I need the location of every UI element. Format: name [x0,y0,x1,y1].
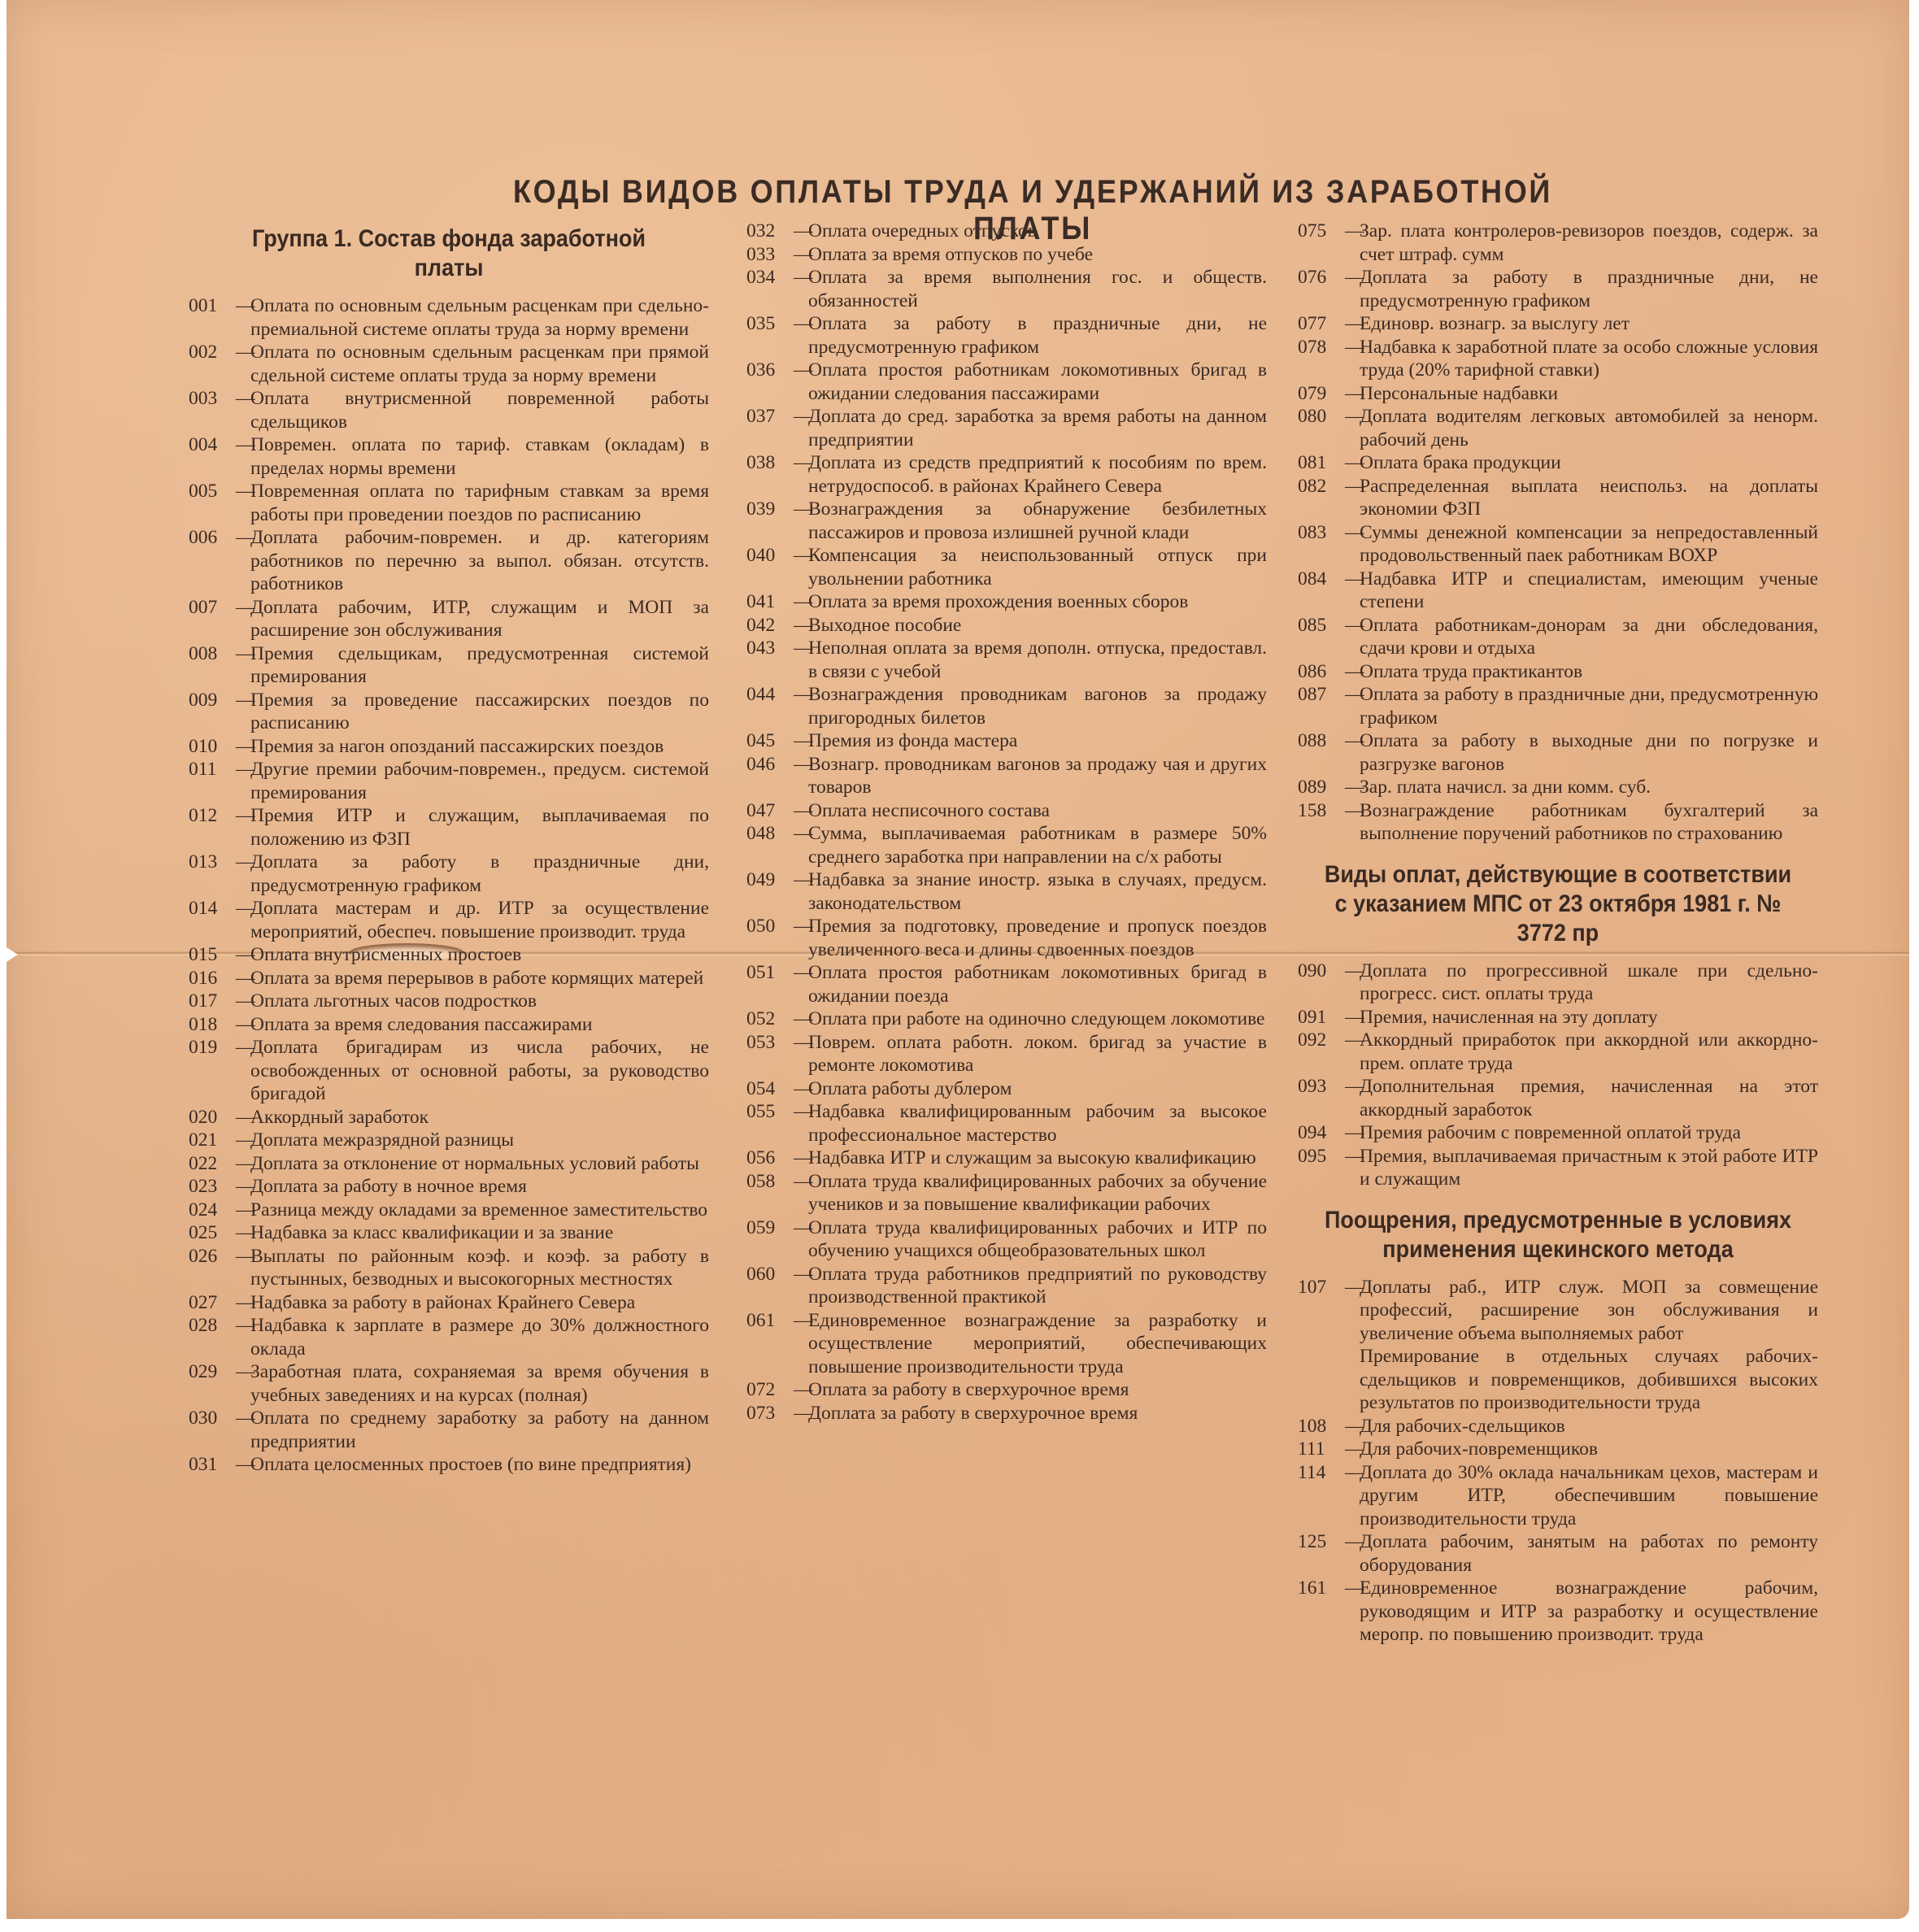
code-entry-022: 022—Доплата за отклонение от нормальных … [189,1152,709,1176]
code-entry-044: 044—Вознаграждения проводникам вагонов з… [746,683,1267,729]
entry-code: 005 [189,480,236,526]
code-entry-009: 009—Премия за проведение пассажирских по… [189,689,709,735]
shchekino-method-heading: Поощрения, предусмотренные в условиях пр… [1324,1206,1792,1264]
code-entry-089: 089—Зар. плата начисл. за дни комм. суб. [1298,776,1818,799]
code-entry-032: 032—Оплата очередных отпусков [746,220,1267,243]
entry-code: 025 [189,1221,236,1245]
code-entry-084: 084—Надбавка ИТР и специалистам, имеющим… [1298,568,1818,614]
entry-code: 078 [1298,336,1345,382]
entry-description: Премия за проведение пассажирских поездо… [250,689,709,735]
entry-description: Оплата за время следования пассажирами [250,1013,709,1037]
entry-code: 055 [746,1100,794,1147]
entry-description: Выплаты по районным коэф. и коэф. за раб… [250,1245,709,1291]
entry-code: 088 [1298,729,1345,776]
entry-dash: — [794,266,808,312]
entry-description: Аккордный заработок [250,1106,709,1129]
code-entry-050: 050—Премия за подготовку, проведение и п… [746,915,1267,961]
entry-code: 021 [189,1129,236,1152]
entry-dash: — [794,220,808,243]
code-entry-013: 013—Доплата за работу в праздничные дни,… [189,851,709,897]
code-entry-088: 088—Оплата за работу в выходные дни по п… [1298,729,1818,776]
entry-dash: — [1345,266,1360,312]
entry-dash: — [236,851,250,897]
entry-description: Доплата за работу в ночное время [250,1175,709,1199]
entry-description: Оплата по основным сдельным расценкам пр… [250,341,709,387]
entry-code: 051 [746,961,794,1007]
code-entry-025: 025—Надбавка за класс квалификации и за … [189,1221,709,1245]
entry-code: 161 [1298,1577,1345,1647]
entry-code: 089 [1298,776,1345,799]
entry-code: 107 [1298,1276,1345,1346]
entry-code: 047 [746,799,794,823]
code-entry-001: 001—Оплата по основным сдельным расценка… [189,294,709,341]
entry-description: Неполная оплата за время дополн. отпуска… [808,637,1267,683]
entry-dash: — [1345,451,1360,475]
code-entry-048: 048—Сумма, выплачиваемая работникам в ра… [746,822,1267,868]
code-entry-082: 082—Распределенная выплата неиспольз. на… [1298,475,1818,521]
entry-dash: — [236,1199,250,1222]
entry-dash: — [794,451,808,498]
entry-dash: — [794,799,808,823]
entry-description: Оплата труда квалифицированных рабочих и… [808,1216,1267,1263]
code-entry-054: 054—Оплата работы дублером [746,1077,1267,1101]
code-entry-111: 111—Для рабочих-повременщиков [1298,1438,1818,1461]
entry-description: Оплата за время прохождения военных сбор… [808,590,1267,614]
code-entry-005: 005—Повременная оплата по тарифным ставк… [189,480,709,526]
entry-code: 042 [746,614,794,637]
code-entry-087: 087—Оплата за работу в праздничные дни, … [1298,683,1818,729]
entry-dash: — [236,341,250,387]
code-entry-038: 038—Доплата из средств предприятий к пос… [746,451,1267,498]
code-entry-037: 037—Доплата до сред. заработка за время … [746,405,1267,451]
entry-dash: — [1345,568,1360,614]
code-entry-051: 051—Оплата простоя работникам локомотивн… [746,961,1267,1007]
entry-dash: — [1345,1438,1360,1461]
entry-dash: — [794,683,808,729]
code-entry-053: 053—Поврем. оплата работн. локом. бригад… [746,1031,1267,1077]
entry-description: Оплата внутрисменных простоев [250,943,709,967]
entry-code: 039 [746,498,794,544]
entry-dash: — [794,1170,808,1216]
entry-code: 054 [746,1077,794,1101]
entry-code: 053 [746,1031,794,1077]
code-entry-040: 040—Компенсация за неиспользованный отпу… [746,544,1267,590]
column-3: 075—Зар. плата контролеров-ревизоров пое… [1298,220,1818,1647]
entry-code: 158 [1298,799,1345,846]
entry-dash: — [794,1147,808,1170]
entry-dash: — [794,637,808,683]
entry-description: Премия, начисленная на эту доплату [1360,1006,1818,1029]
entry-dash: — [794,1077,808,1101]
entry-dash: — [1345,1276,1360,1346]
code-entry-078: 078—Надбавка к заработной плате за особо… [1298,336,1818,382]
code-entry-034: 034—Оплата за время выполнения гос. и об… [746,266,1267,312]
code-entry-014: 014—Доплата мастерам и др. ИТР за осущес… [189,897,709,943]
entry-code: 075 [1298,220,1345,266]
entry-description: Повременная оплата по тарифным ставкам з… [250,480,709,526]
entry-dash: — [236,433,250,480]
entry-code: 043 [746,637,794,683]
code-entry-076: 076—Доплата за работу в праздничные дни,… [1298,266,1818,312]
entry-description: Оплата за время отпусков по учебе [808,243,1267,267]
entry-description: Вознаграждения проводникам вагонов за пр… [808,683,1267,729]
entry-dash: — [794,590,808,614]
entry-description: Оплата брака продукции [1360,451,1818,475]
code-entry-059: 059—Оплата труда квалифицированных рабоч… [746,1216,1267,1263]
entry-dash: — [236,1036,250,1106]
entry-dash: — [794,544,808,590]
entry-description: Распределенная выплата неиспольз. на доп… [1360,475,1818,521]
entry-dash: — [236,1291,250,1315]
code-entry-043: 043—Неполная оплата за время дополн. отп… [746,637,1267,683]
code-entry-045: 045—Премия из фонда мастера [746,729,1267,753]
entry-code: 032 [746,220,794,243]
entry-code: 003 [189,387,236,433]
entry-code: 114 [1298,1461,1345,1531]
entry-code: 020 [189,1106,236,1129]
entry-description: Оплата труда практикантов [1360,660,1818,684]
entry-code: 059 [746,1216,794,1263]
entry-dash: — [1345,614,1360,660]
entry-dash: — [1345,729,1360,776]
entry-dash: — [1345,1577,1360,1647]
entry-description: Разница между окладами за временное заме… [250,1199,709,1222]
entry-dash: — [794,1309,808,1379]
entry-description: Надбавка за знание иностр. языка в случа… [808,868,1267,915]
code-entry-056: 056—Надбавка ИТР и служащим за высокую к… [746,1147,1267,1170]
code-entry-085: 085—Оплата работникам-донорам за дни обс… [1298,614,1818,660]
entry-code: 085 [1298,614,1345,660]
entry-description: Оплата простоя работникам локомотивных б… [808,961,1267,1007]
bonus-note: Премирование в отдельных случаях рабочих… [1298,1345,1818,1415]
entry-code: 060 [746,1263,794,1309]
entry-code: 086 [1298,660,1345,684]
code-entry-095: 095—Премия, выплачиваемая причастным к э… [1298,1145,1818,1191]
entry-dash: — [236,1360,250,1407]
entry-code: 061 [746,1309,794,1379]
code-entry-086: 086—Оплата труда практикантов [1298,660,1818,684]
entry-code: 077 [1298,312,1345,336]
entry-description: Зар. плата начисл. за дни комм. суб. [1360,776,1818,799]
entry-dash: — [236,758,250,804]
entry-code: 016 [189,967,236,990]
entry-description: Доплата бригадирам из числа рабочих, не … [250,1036,709,1106]
code-entry-072: 072—Оплата за работу в сверхурочное врем… [746,1378,1267,1402]
entry-dash: — [236,804,250,851]
entry-dash: — [794,1031,808,1077]
entry-code: 009 [189,689,236,735]
entry-description: Персональные надбавки [1360,382,1818,406]
entry-code: 027 [189,1291,236,1315]
entry-dash: — [236,990,250,1013]
entry-dash: — [1345,336,1360,382]
entry-list: 032—Оплата очередных отпусков033—Оплата … [746,220,1267,1425]
entry-code: 040 [746,544,794,590]
entry-dash: — [794,614,808,637]
entry-description: Оплата за работу в праздничные дни, пред… [1360,683,1818,729]
code-entry-125: 125—Доплата рабочим, занятым на работах … [1298,1530,1818,1577]
entry-dash: — [236,596,250,642]
entry-description: Доплата мастерам и др. ИТР за осуществле… [250,897,709,943]
code-entry-018: 018—Оплата за время следования пассажира… [189,1013,709,1037]
code-entry-114: 114—Доплата до 30% оклада начальникам це… [1298,1461,1818,1531]
document: КОДЫ ВИДОВ ОПЛАТЫ ТРУДА И УДЕРЖАНИЙ ИЗ З… [0,0,1919,1932]
entry-code: 036 [746,359,794,405]
entry-code: 052 [746,1007,794,1031]
entry-code: 083 [1298,521,1345,568]
code-entry-011: 011—Другие премии рабочим-повремен., пре… [189,758,709,804]
entry-description: Повремен. оплата по тариф. ставкам (окла… [250,433,709,480]
code-entry-036: 036—Оплата простоя работникам локомотивн… [746,359,1267,405]
code-entry-029: 029—Заработная плата, сохраняемая за вре… [189,1360,709,1407]
entry-description: Оплата при работе на одиночно следующем … [808,1007,1267,1031]
entry-description: Премия, выплачиваемая причастным к этой … [1360,1145,1818,1191]
code-entry-107: 107—Доплаты раб., ИТР служ. МОП за совме… [1298,1276,1818,1346]
entry-description: Зар. плата контролеров-ревизоров поездов… [1360,220,1818,266]
code-entry-091: 091—Премия, начисленная на эту доплату [1298,1006,1818,1029]
code-entry-079: 079—Персональные надбавки [1298,382,1818,406]
column-2: 032—Оплата очередных отпусков033—Оплата … [746,220,1267,1425]
entry-list: 107—Доплаты раб., ИТР служ. МОП за совме… [1298,1276,1818,1346]
code-entry-083: 083—Суммы денежной компенсации за непред… [1298,521,1818,568]
entry-code: 017 [189,990,236,1013]
entry-description: Оплата внутрисменной повременной работы … [250,387,709,433]
entry-description: Дополнительная премия, начисленная на эт… [1360,1075,1818,1121]
entry-dash: — [794,1216,808,1263]
entry-code: 001 [189,294,236,341]
code-entry-006: 006—Доплата рабочим-повремен. и др. кате… [189,526,709,596]
entry-code: 072 [746,1378,794,1402]
code-entry-031: 031—Оплата целосменных простоев (по вине… [189,1453,709,1477]
code-entry-060: 060—Оплата труда работников предприятий … [746,1263,1267,1309]
entry-description: Оплата несписочного состава [808,799,1267,823]
code-entry-007: 007—Доплата рабочим, ИТР, служащим и МОП… [189,596,709,642]
entry-code: 015 [189,943,236,967]
code-entry-046: 046—Вознагр. проводникам вагонов за прод… [746,753,1267,799]
entry-description: Оплата труда работников предприятий по р… [808,1263,1267,1309]
entry-code: 012 [189,804,236,851]
entry-description: Единовр. вознагр. за выслугу лет [1360,312,1818,336]
code-entry-008: 008—Премия сдельщикам, предусмотренная с… [189,642,709,689]
entry-dash: — [1345,1121,1360,1145]
code-entry-075: 075—Зар. плата контролеров-ревизоров пое… [1298,220,1818,266]
entry-code: 014 [189,897,236,943]
entry-code: 125 [1298,1530,1345,1577]
entry-dash: — [1345,1029,1360,1075]
code-entry-004: 004—Повремен. оплата по тариф. ставкам (… [189,433,709,480]
entry-dash: — [794,359,808,405]
entry-code: 081 [1298,451,1345,475]
entry-description: Доплата до 30% оклада начальникам цехов,… [1360,1461,1818,1531]
entry-dash: — [236,967,250,990]
entry-dash: — [236,387,250,433]
entry-description: Надбавка за работу в районах Крайнего Се… [250,1291,709,1315]
entry-description: Оплата за работу в выходные дни по погру… [1360,729,1818,776]
entry-dash: — [794,312,808,359]
entry-code: 035 [746,312,794,359]
entry-description: Оплата льготных часов подростков [250,990,709,1013]
code-entry-020: 020—Аккордный заработок [189,1106,709,1129]
code-entry-055: 055—Надбавка квалифицированным рабочим з… [746,1100,1267,1147]
entry-code: 011 [189,758,236,804]
entry-code: 087 [1298,683,1345,729]
entry-dash: — [236,1106,250,1129]
code-entry-108: 108—Для рабочих-сдельщиков [1298,1415,1818,1438]
entry-dash: — [236,689,250,735]
entry-code: 038 [746,451,794,498]
entry-description: Надбавка ИТР и специалистам, имеющим уче… [1360,568,1818,614]
code-entry-090: 090—Доплата по прогрессивной шкале при с… [1298,959,1818,1006]
entry-code: 048 [746,822,794,868]
entry-description: Оплата за работу в сверхурочное время [808,1378,1267,1402]
code-entry-019: 019—Доплата бригадирам из числа рабочих,… [189,1036,709,1106]
entry-code: 023 [189,1175,236,1199]
code-entry-033: 033—Оплата за время отпусков по учебе [746,243,1267,267]
entry-code: 076 [1298,266,1345,312]
entry-code: 041 [746,590,794,614]
entry-dash: — [236,1129,250,1152]
entry-code: 111 [1298,1438,1345,1461]
entry-description: Оплата труда квалифицированных рабочих з… [808,1170,1267,1216]
entry-code: 006 [189,526,236,596]
entry-code: 007 [189,596,236,642]
code-entry-026: 026—Выплаты по районным коэф. и коэф. за… [189,1245,709,1291]
entry-dash: — [236,526,250,596]
entry-code: 045 [746,729,794,753]
entry-description: Надбавка к зарплате в размере до 30% дол… [250,1314,709,1360]
entry-dash: — [236,294,250,341]
code-entry-015: 015—Оплата внутрисменных простоев [189,943,709,967]
entry-code: 056 [746,1147,794,1170]
entry-code: 013 [189,851,236,897]
entry-dash: — [794,868,808,915]
entry-description: Доплата межразрядной разницы [250,1129,709,1152]
entry-description: Аккордный приработок при аккордной или а… [1360,1029,1818,1075]
entry-description: Вознаграждения за обнаружение безбилетны… [808,498,1267,544]
code-entry-094: 094—Премия рабочим с повременной оплатой… [1298,1121,1818,1145]
entry-description: Для рабочих-повременщиков [1360,1438,1818,1461]
entry-code: 019 [189,1036,236,1106]
entry-code: 049 [746,868,794,915]
entry-code: 034 [746,266,794,312]
entry-dash: — [236,1245,250,1291]
code-entry-073: 073—Доплата за работу в сверхурочное вре… [746,1402,1267,1425]
entry-code: 046 [746,753,794,799]
entry-code: 050 [746,915,794,961]
entry-code: 008 [189,642,236,689]
entry-dash: — [1345,1075,1360,1121]
entry-description: Премия сдельщикам, предусмотренная систе… [250,642,709,689]
entry-dash: — [236,1175,250,1199]
entry-dash: — [794,1378,808,1402]
entry-code: 091 [1298,1006,1345,1029]
column-group-1: Группа 1. Состав фонда заработной платы … [189,220,709,1477]
entry-description: Надбавка за класс квалификации и за зван… [250,1221,709,1245]
entry-description: Оплата за время выполнения гос. и общест… [808,266,1267,312]
code-entry-003: 003—Оплата внутрисменной повременной раб… [189,387,709,433]
entry-dash: — [1345,1530,1360,1577]
code-entry-024: 024—Разница между окладами за временное … [189,1199,709,1222]
entry-dash: — [236,1314,250,1360]
entry-code: 022 [189,1152,236,1176]
entry-code: 094 [1298,1121,1345,1145]
entry-dash: — [794,961,808,1007]
entry-description: Доплата за работу в праздничные дни, пре… [250,851,709,897]
entry-dash: — [794,1263,808,1309]
entry-code: 058 [746,1170,794,1216]
code-entry-080: 080—Доплата водителям легковых автомобил… [1298,405,1818,451]
entry-dash: — [1345,405,1360,451]
entry-list: 090—Доплата по прогрессивной шкале при с… [1298,959,1818,1191]
entry-dash: — [1345,521,1360,568]
entry-dash: — [236,1453,250,1477]
entry-description: Доплаты раб., ИТР служ. МОП за совмещени… [1360,1276,1818,1346]
entry-list: 108—Для рабочих-сдельщиков111—Для рабочи… [1298,1415,1818,1647]
code-entry-161: 161—Единовременное вознаграждение рабочи… [1298,1577,1818,1647]
entry-dash: — [1345,220,1360,266]
entry-dash: — [236,1407,250,1453]
code-entry-027: 027—Надбавка за работу в районах Крайнег… [189,1291,709,1315]
entry-dash: — [794,915,808,961]
entry-code: 004 [189,433,236,480]
entry-description: Доплата за работу в праздничные дни, не … [1360,266,1818,312]
entry-dash: — [1345,683,1360,729]
entry-code: 028 [189,1314,236,1360]
entry-description: Надбавка к заработной плате за особо сло… [1360,336,1818,382]
entry-dash: — [794,1402,808,1425]
code-entry-052: 052—Оплата при работе на одиночно следую… [746,1007,1267,1031]
entry-description: Доплата по прогрессивной шкале при сдель… [1360,959,1818,1006]
entry-dash: — [794,498,808,544]
entry-code: 073 [746,1402,794,1425]
entry-description: Премия рабочим с повременной оплатой тру… [1360,1121,1818,1145]
code-entry-093: 093—Дополнительная премия, начисленная н… [1298,1075,1818,1121]
entry-code: 044 [746,683,794,729]
entry-code: 080 [1298,405,1345,451]
entry-dash: — [1345,312,1360,336]
entry-description: Оплата целосменных простоев (по вине пре… [250,1453,709,1477]
entry-code: 090 [1298,959,1345,1006]
entry-description: Доплата из средств предприятий к пособия… [808,451,1267,498]
entry-description: Премия за подготовку, проведение и пропу… [808,915,1267,961]
entry-code: 026 [189,1245,236,1291]
entry-code: 092 [1298,1029,1345,1075]
entry-description: Единовременное вознаграждение за разрабо… [808,1309,1267,1379]
entry-description: Оплата по среднему заработку за работу н… [250,1407,709,1453]
code-entry-010: 010—Премия за нагон опозданий пассажирск… [189,735,709,759]
entry-code: 093 [1298,1075,1345,1121]
entry-description: Доплата водителям легковых автомобилей з… [1360,405,1818,451]
entry-description: Премия из фонда мастера [808,729,1267,753]
entry-dash: — [794,243,808,267]
entry-dash: — [794,729,808,753]
entry-dash: — [794,1007,808,1031]
entry-dash: — [794,822,808,868]
entry-description: Вознаграждение работникам бухгалтерий за… [1360,799,1818,846]
entry-list: 001—Оплата по основным сдельным расценка… [189,294,709,1477]
code-entry-158: 158—Вознаграждение работникам бухгалтери… [1298,799,1818,846]
entry-code: 033 [746,243,794,267]
entry-description: Заработная плата, сохраняемая за время о… [250,1360,709,1407]
entry-dash: — [236,1013,250,1037]
entry-dash: — [794,405,808,451]
entry-description: Доплата рабочим, занятым на работах по р… [1360,1530,1818,1577]
entry-code: 079 [1298,382,1345,406]
entry-dash: — [1345,382,1360,406]
entry-code: 031 [189,1453,236,1477]
entry-description: Премия ИТР и служащим, выплачиваемая по … [250,804,709,851]
entry-dash: — [1345,959,1360,1006]
